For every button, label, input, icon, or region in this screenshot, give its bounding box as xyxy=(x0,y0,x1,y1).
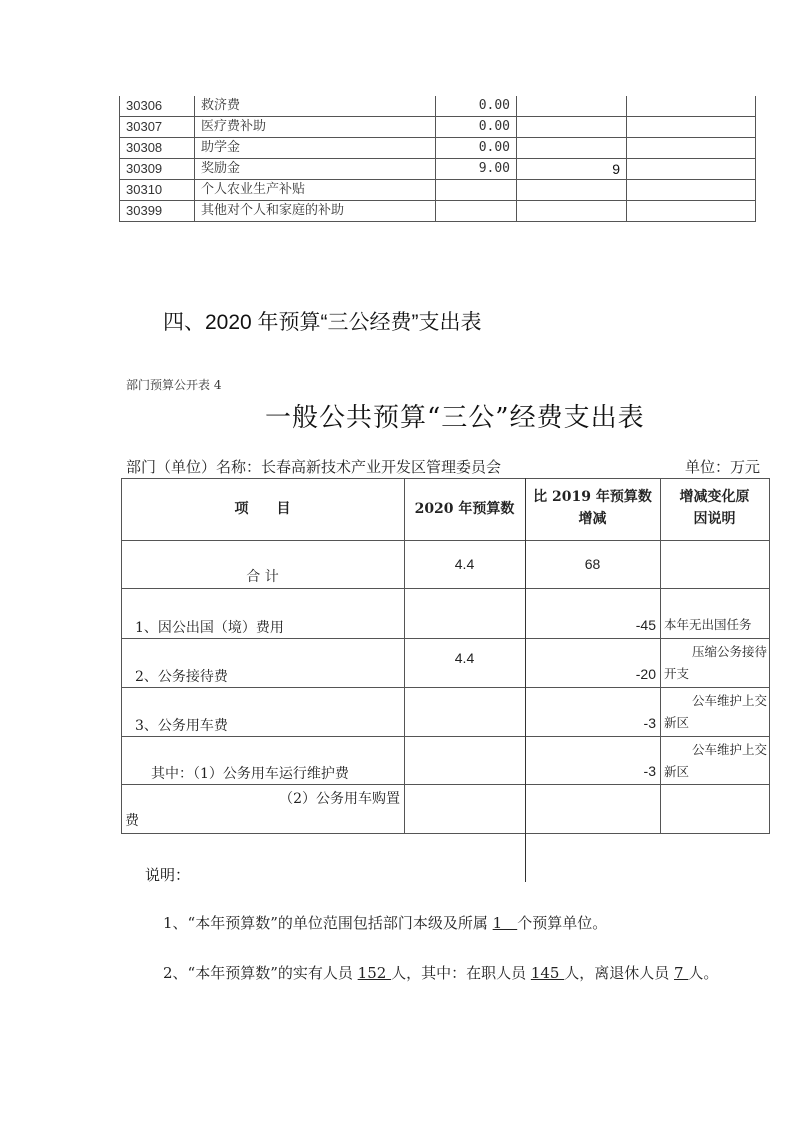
divider xyxy=(121,478,122,834)
note-cell xyxy=(627,96,756,117)
code-cell: 30308 xyxy=(120,138,195,159)
row-vehicle-purchase-item-line2: 费 xyxy=(125,810,139,830)
table-row: 30310 个人农业生产补贴 xyxy=(120,180,756,201)
header-reason-line2: 因说明 xyxy=(660,508,769,530)
row-vehicle-reason-line1: 公车维护上交 xyxy=(664,690,767,712)
note-1-text-end: 个预算单位。 xyxy=(517,914,607,932)
prev-cell: 9 xyxy=(517,159,627,180)
row-reception-reason-line1: 压缩公务接待 xyxy=(664,641,767,663)
divider xyxy=(121,540,770,541)
amount-cell: 9.00 xyxy=(436,159,517,180)
amount-cell: 0.00 xyxy=(436,138,517,159)
prev-cell xyxy=(517,180,627,201)
amount-cell: 0.00 xyxy=(436,96,517,117)
table-label: 部门预算公开表 4 xyxy=(126,376,221,393)
row-overseas-item: 1、因公出国（境）费用 xyxy=(135,617,284,637)
divider xyxy=(121,588,770,589)
name-cell: 奖励金 xyxy=(195,159,436,180)
note-cell xyxy=(627,201,756,222)
prev-cell xyxy=(517,117,627,138)
continuation-table: 30306 救济费 0.00 30307 医疗费补助 0.00 30308 助学… xyxy=(119,96,756,222)
row-reception-change: -20 xyxy=(525,666,656,682)
divider xyxy=(121,784,770,785)
code-cell: 30310 xyxy=(120,180,195,201)
table-row: 30309 奖励金 9.00 9 xyxy=(120,159,756,180)
row-reception-budget: 4.4 xyxy=(404,650,525,666)
divider xyxy=(121,478,770,479)
three-public-expenses-table: 项 目 2020 年预算数 比 2019 年预算数 增减 增减变化原 因说明 合… xyxy=(121,478,770,834)
note-2: 2、“本年预算数”的实有人员 152 人，其中：在职人员 145 人，离退休人员… xyxy=(163,962,718,983)
department-name: 部门（单位）名称：长春高新技术产业开发区管理委员会 xyxy=(126,456,501,477)
notes-label: 说明： xyxy=(145,864,190,885)
row-vehicle-maintenance-change: -3 xyxy=(525,763,656,779)
prev-cell xyxy=(517,201,627,222)
table-row: 30399 其他对个人和家庭的补助 xyxy=(120,201,756,222)
row-reception-reason-line2: 开支 xyxy=(664,663,689,685)
note-cell xyxy=(627,159,756,180)
main-title: 一般公共预算“三公”经费支出表 xyxy=(265,397,645,434)
divider xyxy=(121,833,770,834)
row-vehicle-maintenance-item: 其中：（1）公务用车运行维护费 xyxy=(151,763,349,783)
row-vehicle-change: -3 xyxy=(525,715,656,731)
row-total-budget: 4.4 xyxy=(404,556,525,572)
note-1-text: 1、“本年预算数”的单位范围包括部门本级及所属 xyxy=(163,914,493,932)
prev-cell xyxy=(517,138,627,159)
row-total-item: 合 计 xyxy=(121,566,404,586)
code-cell: 30309 xyxy=(120,159,195,180)
note-2-text: 人，其中：在职人员 xyxy=(391,964,531,982)
section-title: 四、2020 年预算“三公经费”支出表 xyxy=(163,306,482,336)
amount-cell xyxy=(436,201,517,222)
note-1: 1、“本年预算数”的单位范围包括部门本级及所属 1 个预算单位。 xyxy=(163,912,607,933)
code-cell: 30399 xyxy=(120,201,195,222)
row-reception-item: 2、公务接待费 xyxy=(135,666,228,686)
note-2-text: 人，离退休人员 xyxy=(564,964,674,982)
retired-staff-count: 7 xyxy=(674,964,688,982)
row-vehicle-item: 3、公务用车费 xyxy=(135,715,228,735)
row-vehicle-reason-line2: 新区 xyxy=(664,712,689,734)
name-cell: 个人农业生产补贴 xyxy=(195,180,436,201)
row-vehicle-purchase-item-line1: （2）公务用车购置 xyxy=(121,788,400,808)
note-2-text: 2、“本年预算数”的实有人员 xyxy=(163,964,358,982)
header-change-line1: 比 2019 年预算数 xyxy=(525,486,660,508)
note-cell xyxy=(627,138,756,159)
unit-label: 单位：万元 xyxy=(685,456,760,477)
header-reason-line1: 增减变化原 xyxy=(660,486,769,508)
header-change-line2: 增减 xyxy=(525,508,660,530)
note-cell xyxy=(627,117,756,138)
divider xyxy=(769,478,770,834)
prev-cell xyxy=(517,96,627,117)
row-vehicle-maintenance-reason-line2: 新区 xyxy=(664,761,689,783)
active-staff-count: 145 xyxy=(531,964,564,982)
header-item: 项 目 xyxy=(121,498,404,520)
table-row: 30308 助学金 0.00 xyxy=(120,138,756,159)
divider xyxy=(121,736,770,737)
row-overseas-change: -45 xyxy=(525,617,656,633)
name-cell: 医疗费补助 xyxy=(195,117,436,138)
row-vehicle-maintenance-reason-line1: 公车维护上交 xyxy=(664,739,767,761)
name-cell: 救济费 xyxy=(195,96,436,117)
note-2-text-end: 人。 xyxy=(688,964,718,982)
budget-unit-count: 1 xyxy=(493,914,518,932)
code-cell: 30307 xyxy=(120,117,195,138)
total-staff-count: 152 xyxy=(358,964,391,982)
name-cell: 助学金 xyxy=(195,138,436,159)
row-total-change: 68 xyxy=(525,556,660,572)
table-row: 30307 医疗费补助 0.00 xyxy=(120,117,756,138)
name-cell: 其他对个人和家庭的补助 xyxy=(195,201,436,222)
divider xyxy=(121,687,770,688)
header-budget-2020: 2020 年预算数 xyxy=(404,498,525,520)
divider xyxy=(660,478,661,834)
table-row: 30306 救济费 0.00 xyxy=(120,96,756,117)
code-cell: 30306 xyxy=(120,96,195,117)
divider xyxy=(121,638,770,639)
note-cell xyxy=(627,180,756,201)
amount-cell: 0.00 xyxy=(436,117,517,138)
amount-cell xyxy=(436,180,517,201)
row-overseas-reason: 本年无出国任务 xyxy=(664,614,752,636)
